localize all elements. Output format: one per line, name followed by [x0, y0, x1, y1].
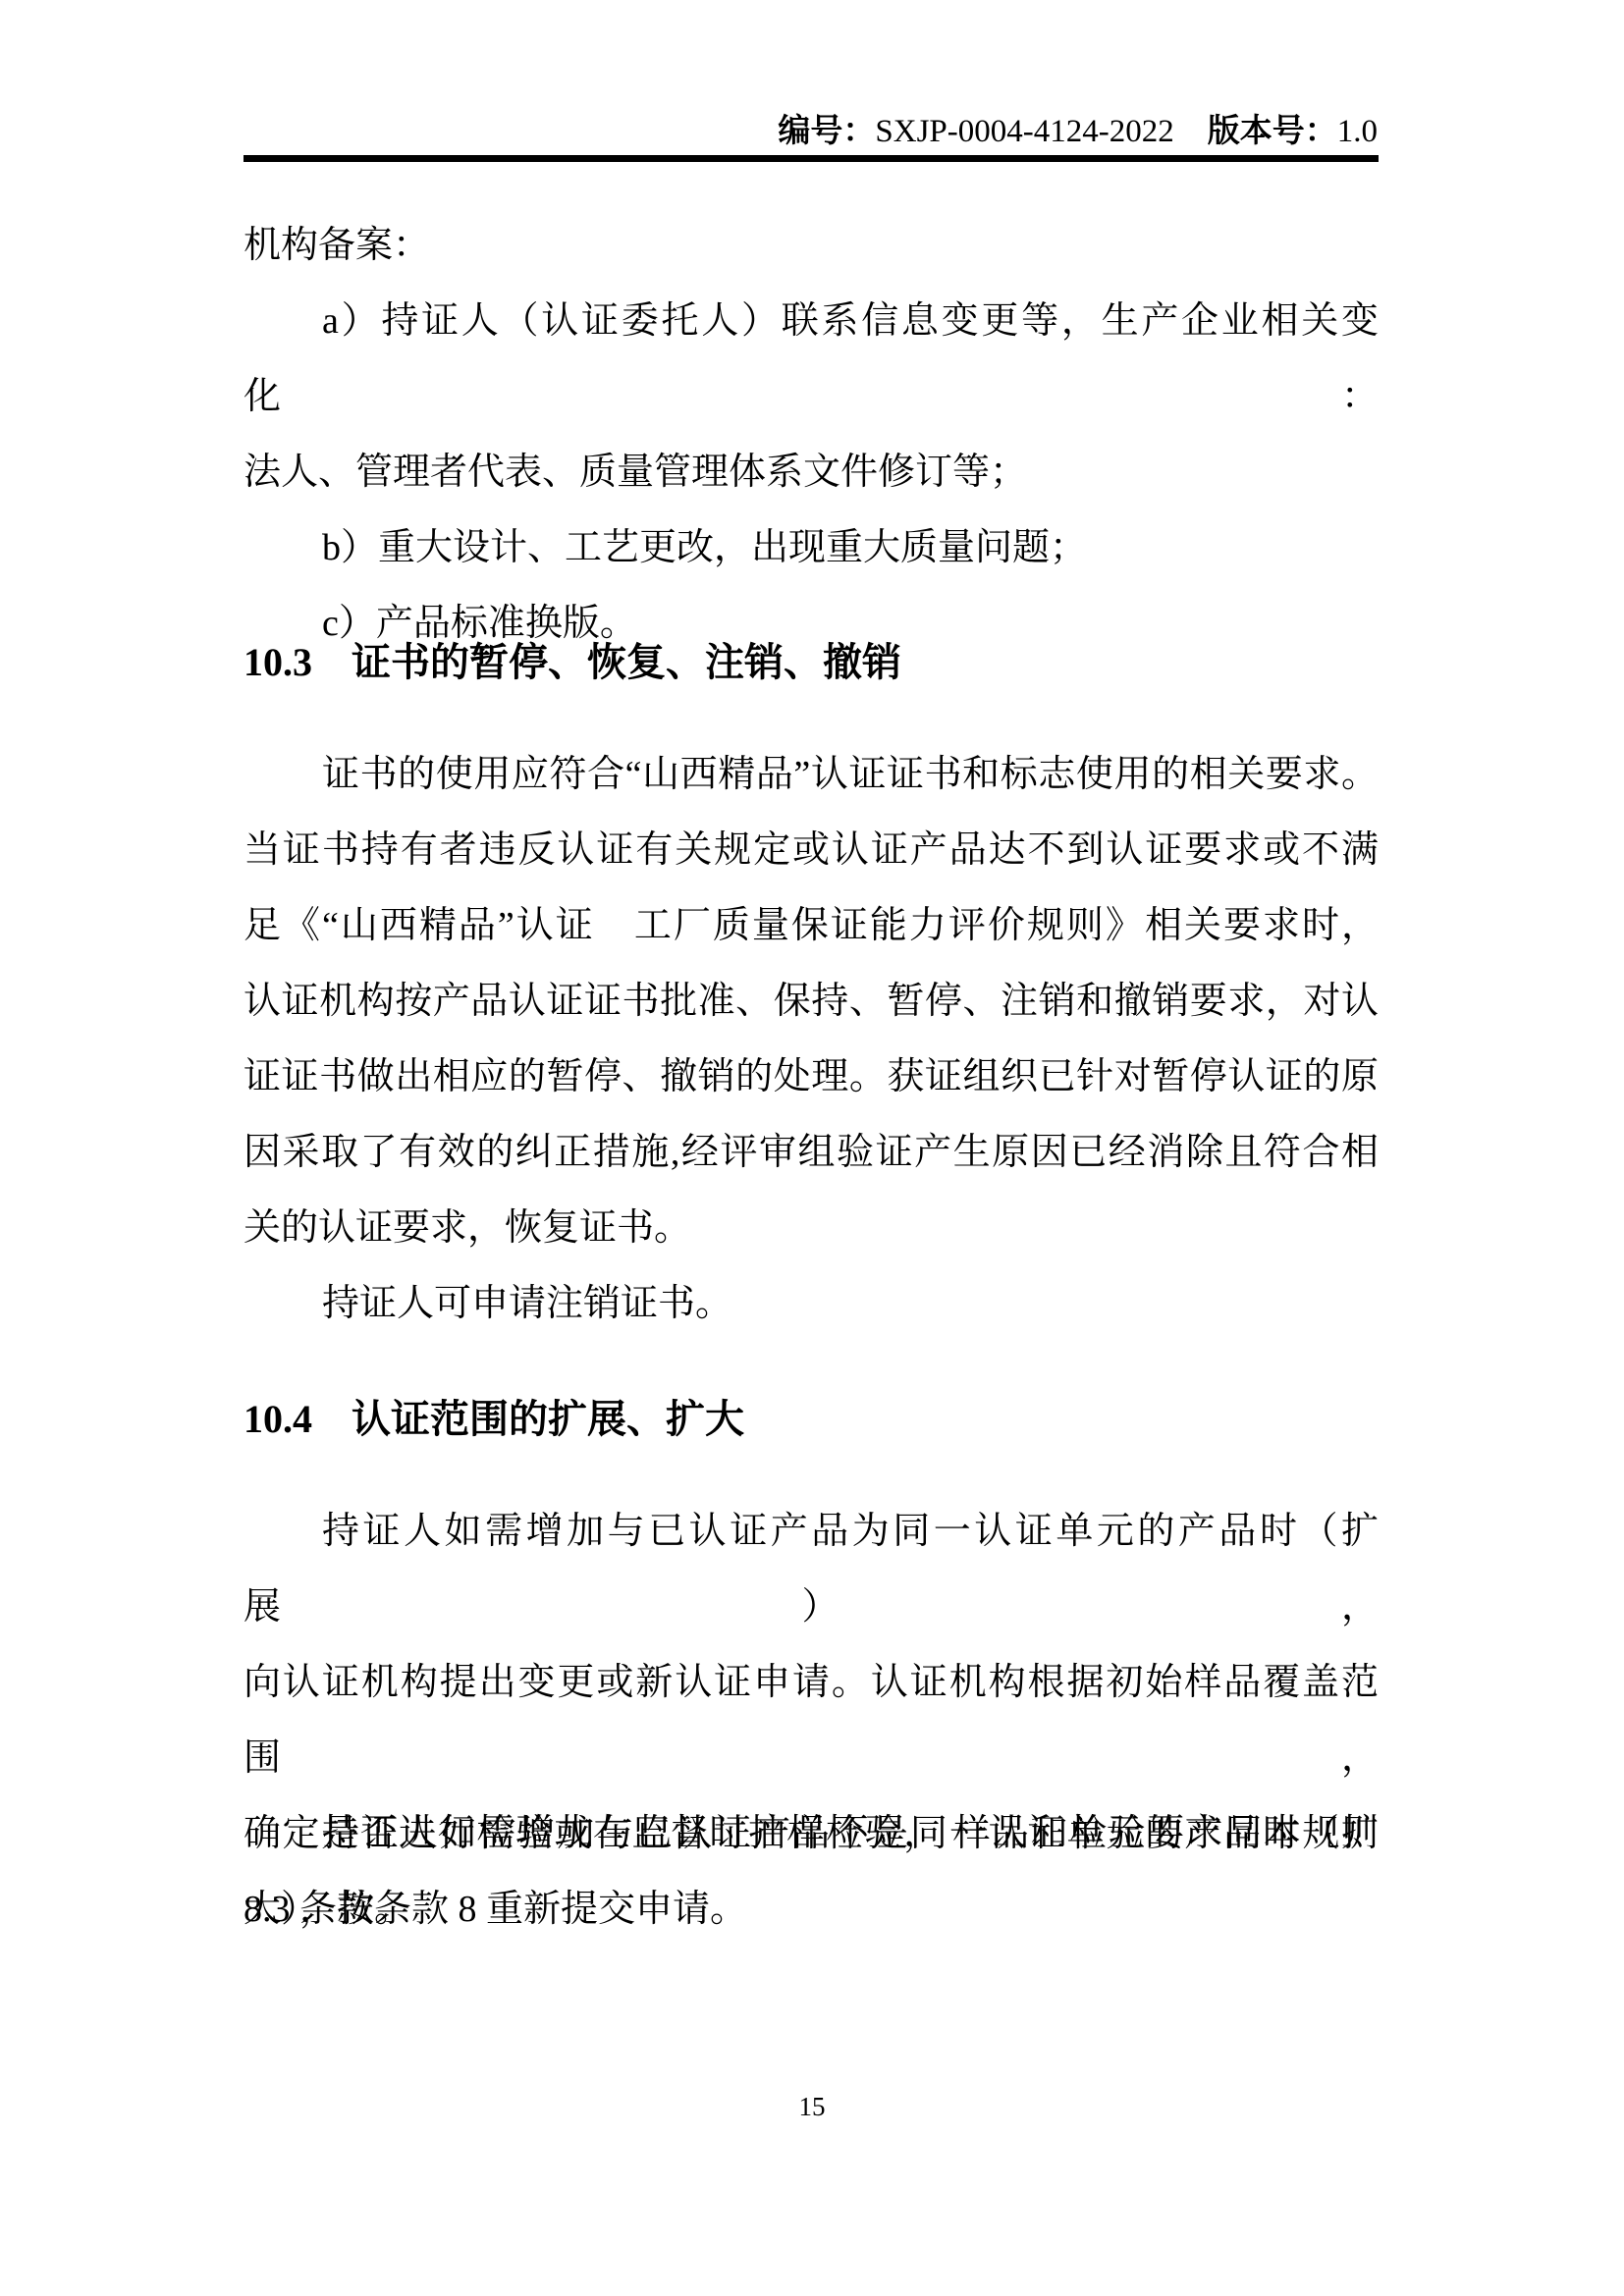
doc-version-value: 1.0: [1337, 114, 1378, 149]
body-line: 认证机构按产品认证证书批准、保持、暂停、注销和撤销要求，对认: [244, 964, 1379, 1040]
doc-number-label: 编号：: [778, 114, 875, 149]
paragraph-certificate-suspension: 证书的使用应符合“山西精品”认证证书和标志使用的相关要求。 当证书持有者违反认证…: [244, 737, 1379, 1342]
body-line: 持证人如需增加与已认证产品为同一认证单元的产品时（扩展），: [244, 1494, 1379, 1645]
document-header: 编号：SXJP-0004-4124-2022版本号：1.0: [778, 112, 1378, 151]
section-heading-10-3: 10.3 证书的暂停、恢复、注销、撤销: [244, 638, 1379, 687]
document-page: 编号：SXJP-0004-4124-2022版本号：1.0 机构备案： a）持证…: [0, 0, 1624, 2296]
body-line: a）持证人（认证委托人）联系信息变更等，生产企业相关变化：: [244, 284, 1379, 435]
body-line: 因采取了有效的纠正措施,经评审组验证产生原因已经消除且符合相: [244, 1115, 1379, 1191]
paragraph-agency-filing: 机构备案： a）持证人（认证委托人）联系信息变更等，生产企业相关变化： 法人、管…: [244, 208, 1379, 662]
body-line: 关的认证要求，恢复证书。: [244, 1191, 1379, 1266]
body-line: 向认证机构提出变更或新认证申请。认证机构根据初始样品覆盖范围，: [244, 1645, 1379, 1796]
body-line: 机构备案：: [244, 208, 1379, 284]
body-line: 证证书做出相应的暂停、撤销的处理。获证组织已针对暂停认证的原: [244, 1040, 1379, 1115]
page-number: 15: [0, 2091, 1624, 2122]
header-divider-rule: [244, 155, 1379, 162]
body-line: 当证书持有者违反认证有关规定或认证产品达不到认证要求或不满: [244, 813, 1379, 888]
doc-version-label: 版本号：: [1208, 114, 1337, 149]
body-line: 大），按条款 8 重新提交申请。: [244, 1872, 1379, 1948]
paragraph-scope-enlargement: 持证人如需增加与已认证产品不是同一认证单元的产品时（扩 大），按条款 8 重新提…: [244, 1796, 1379, 1948]
body-line: b）重大设计、工艺更改，出现重大质量问题；: [244, 510, 1379, 586]
body-line: 法人、管理者代表、质量管理体系文件修订等；: [244, 435, 1379, 510]
body-line: 持证人如需增加与已认证产品不是同一认证单元的产品时（扩: [244, 1796, 1379, 1872]
doc-number-value: SXJP-0004-4124-2022: [875, 114, 1173, 149]
section-heading-10-4: 10.4 认证范围的扩展、扩大: [244, 1395, 1379, 1444]
body-line: 足《“山西精品”认证 工厂质量保证能力评价规则》相关要求时，: [244, 888, 1379, 964]
body-line: 持证人可申请注销证书。: [244, 1266, 1379, 1342]
body-line: 证书的使用应符合“山西精品”认证证书和标志使用的相关要求。: [244, 737, 1379, 813]
